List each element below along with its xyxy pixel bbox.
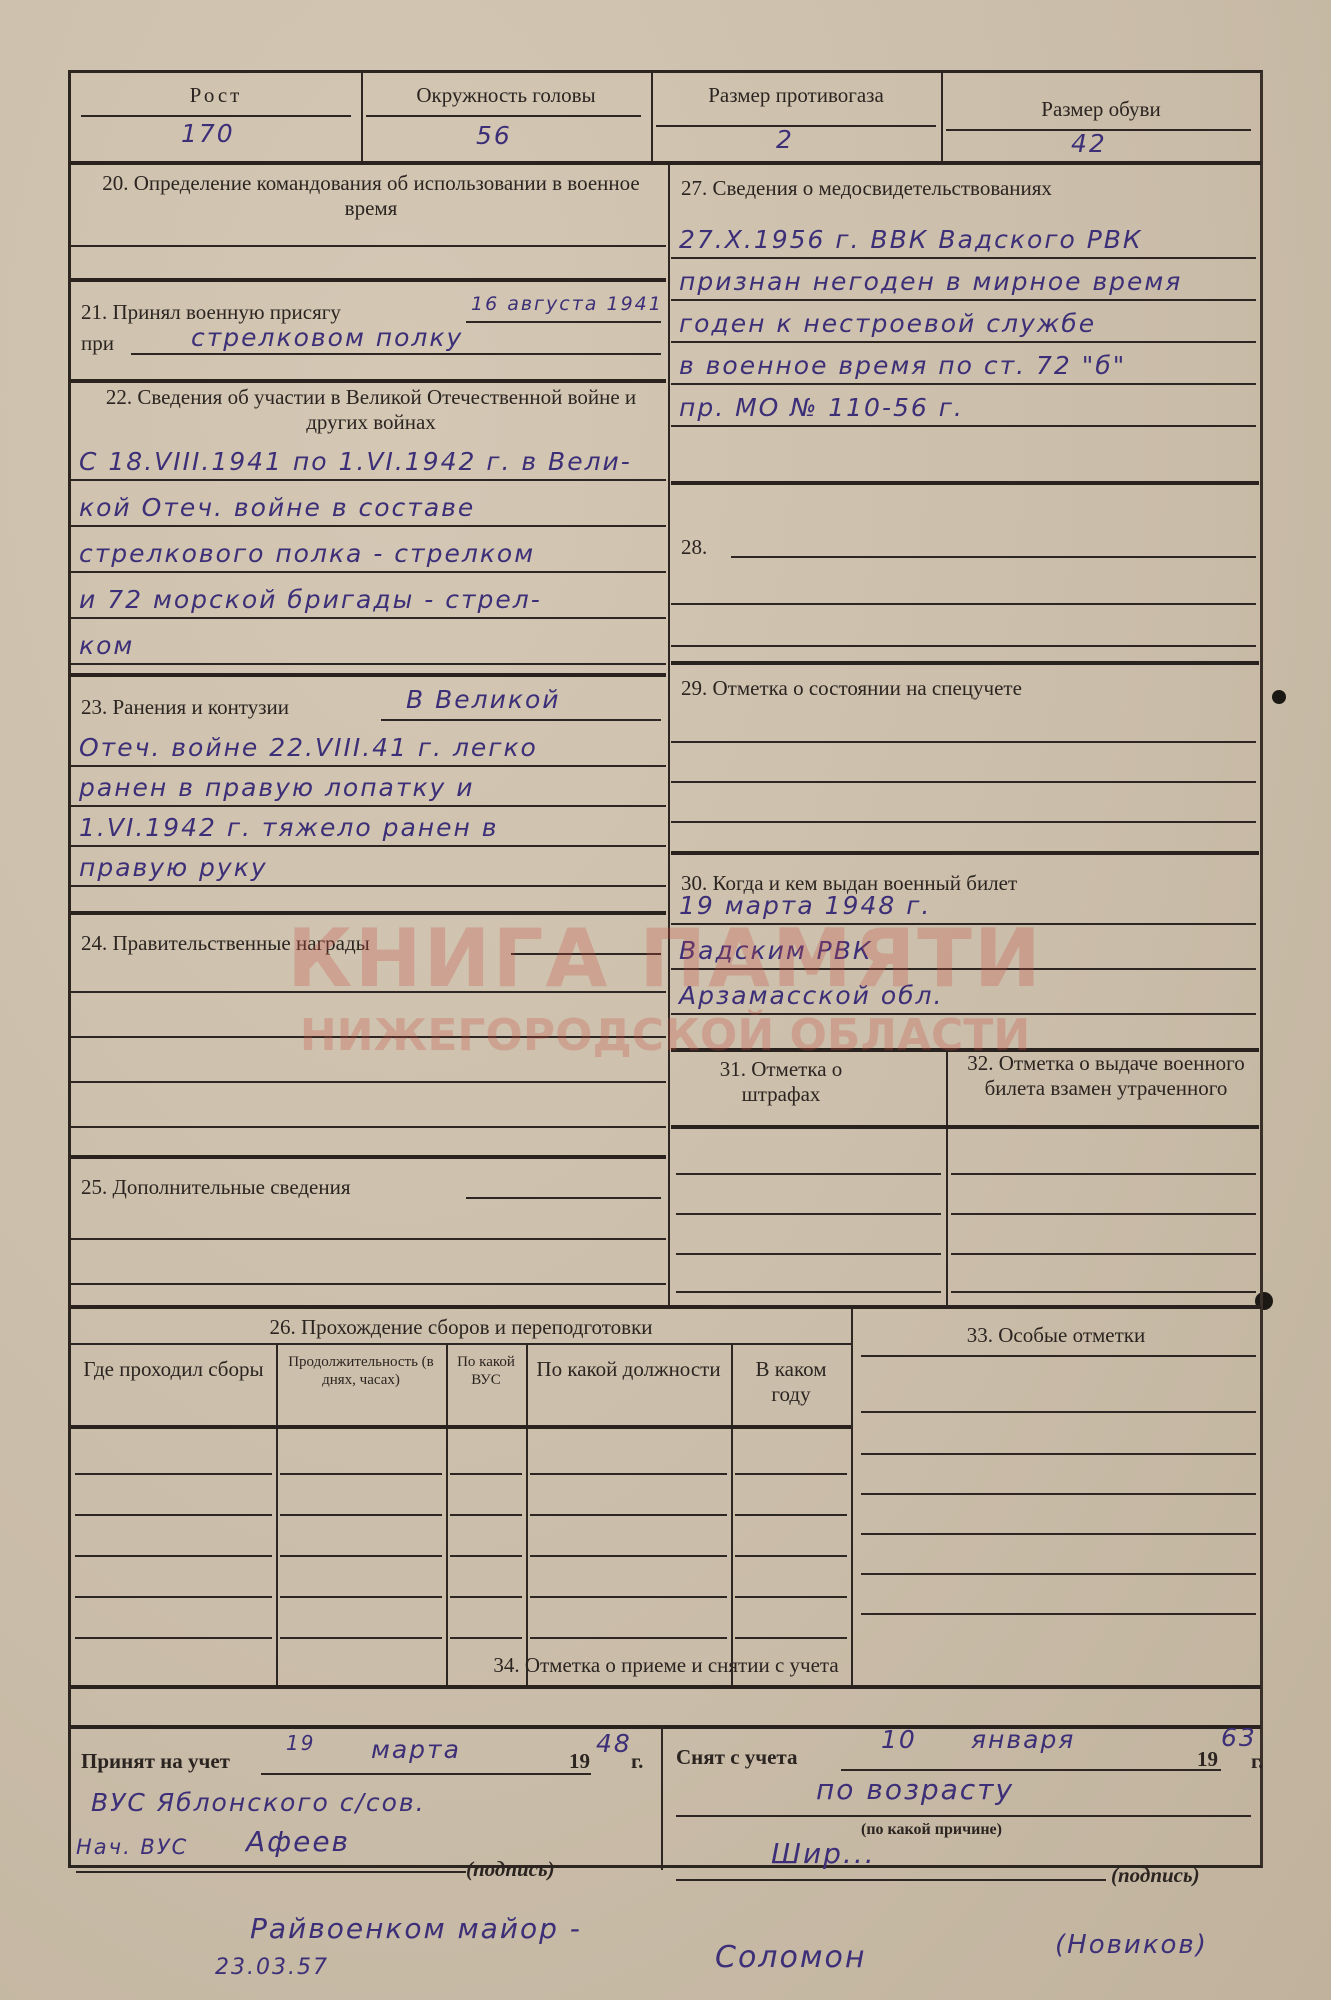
s26-col-header: Где проходил сборы	[75, 1357, 272, 1382]
s23-lines-line: правую руку	[79, 853, 268, 882]
table-row	[75, 1514, 272, 1516]
table-row	[280, 1596, 442, 1598]
removed-signature: Шир...	[771, 1837, 876, 1870]
s23-lines-line: ранен в правую лопатку и	[79, 773, 475, 802]
table-row	[75, 1596, 272, 1598]
footer-line: Райвоенком майор -	[250, 1912, 582, 1945]
removed-signature-label: (подпись)	[1111, 1863, 1200, 1888]
shoe-label: Размер обуви	[941, 97, 1261, 122]
table-row	[530, 1637, 727, 1639]
head-value: 56	[476, 121, 512, 150]
s27-lines-line: признан негоден в мирное время	[679, 267, 1182, 296]
s27-lines-line: годен к нестроевой службе	[679, 309, 1096, 338]
s22-label: 22. Сведения об участии в Великой Отечес…	[91, 385, 651, 435]
height-value: 170	[181, 119, 235, 148]
head-label: Окружность головы	[361, 83, 651, 108]
shoe-value: 42	[1071, 129, 1107, 158]
s33-label: 33. Особые отметки	[861, 1323, 1251, 1348]
s30-lines-line: Вадским РВК	[679, 936, 873, 965]
s31-label: 31. Отметка о штрафах	[691, 1057, 871, 1107]
table-row	[735, 1555, 847, 1557]
table-row	[75, 1555, 272, 1557]
s26-col-header: По какой должности	[530, 1357, 727, 1382]
s22-lines-line: С 18.VIII.1941 по 1.VI.1942 г. в Вели-	[79, 447, 632, 476]
table-row	[75, 1637, 272, 1639]
table-row	[280, 1473, 442, 1475]
table-row	[450, 1555, 522, 1557]
s26-col-header: Продолжительность (в днях, часах)	[280, 1353, 442, 1389]
footer-date: 23.03.57	[215, 1955, 329, 1980]
military-record-form: Рост Окружность головы Размер противогаз…	[68, 70, 1263, 1868]
s23-label: 23. Ранения и контузии	[81, 695, 289, 720]
table-row	[735, 1637, 847, 1639]
s21-label: 21. Принял военную присягу	[81, 300, 341, 325]
s30-lines-line: Арзамасской обл.	[679, 981, 943, 1010]
accepted-signature: Афеев	[246, 1825, 350, 1858]
s21-at-value: стрелковом полку	[191, 323, 463, 352]
gasmask-label: Размер противогаза	[651, 83, 941, 108]
s27-lines-line: в военное время по ст. 72 "б"	[679, 351, 1126, 380]
s21-date: 16 августа 1941	[471, 293, 663, 315]
removed-reason: по возрасту	[816, 1773, 1014, 1806]
s29-label: 29. Отметка о состоянии на спецучете	[681, 676, 1022, 701]
table-row	[530, 1596, 727, 1598]
s21-at-label: при	[81, 331, 114, 356]
s25-label: 25. Дополнительные сведения	[81, 1175, 351, 1200]
accepted-year: 48	[596, 1729, 632, 1758]
table-row	[530, 1555, 727, 1557]
table-row	[735, 1514, 847, 1516]
s32-label: 32. Отметка о выдаче военного билета вза…	[956, 1051, 1256, 1101]
removed-label: Снят с учета	[676, 1745, 798, 1770]
punch-hole	[1272, 690, 1286, 704]
gasmask-value: 2	[776, 125, 794, 154]
accepted-month: марта	[371, 1735, 461, 1764]
table-row	[280, 1514, 442, 1516]
s22-lines-line: стрелкового полка - стрелком	[79, 539, 535, 568]
table-row	[735, 1596, 847, 1598]
reason-label: (по какой причине)	[861, 1821, 1002, 1839]
table-row	[75, 1473, 272, 1475]
removed-year-prefix: 19	[1197, 1747, 1218, 1772]
table-row	[280, 1555, 442, 1557]
accepted-year-suffix: г.	[631, 1749, 643, 1774]
table-row	[735, 1473, 847, 1475]
s26-col-header: По какой ВУС	[450, 1353, 522, 1389]
footer-name: (Новиков)	[1055, 1930, 1208, 1960]
s23-lines-line: 1.VI.1942 г. тяжело ранен в	[79, 813, 499, 842]
s22-lines-line: ком	[79, 631, 134, 660]
table-row	[530, 1473, 727, 1475]
table-row	[450, 1596, 522, 1598]
height-label: Рост	[71, 83, 361, 108]
accepted-label: Принят на учет	[81, 1749, 230, 1774]
s24-label: 24. Правительственные награды	[81, 931, 370, 956]
accepted-year-prefix: 19	[569, 1749, 590, 1774]
s20-label: 20. Определение командования об использо…	[81, 171, 661, 221]
s22-lines-line: кой Отеч. войне в составе	[79, 493, 475, 522]
s22-lines-line: и 72 морской бригады - стрел-	[79, 585, 542, 614]
accepted-signature-label: (подпись)	[466, 1857, 555, 1882]
table-row	[450, 1473, 522, 1475]
s27-lines-line: 27.X.1956 г. ВВК Вадского РВК	[679, 225, 1143, 254]
s26-col-header: В каком году	[735, 1357, 847, 1407]
s23-lines-line: Отеч. войне 22.VIII.41 г. легко	[79, 733, 538, 762]
s30-lines-line: 19 марта 1948 г.	[679, 891, 931, 920]
removed-year-suffix: г.	[1251, 1749, 1263, 1774]
removed-year: 63	[1221, 1723, 1257, 1752]
s27-lines-line: пр. МО № 110-56 г.	[679, 393, 964, 422]
table-row	[280, 1637, 442, 1639]
s26-label: 26. Прохождение сборов и переподготовки	[71, 1315, 851, 1340]
footer-signature: Соломон	[715, 1940, 866, 1975]
table-row	[450, 1514, 522, 1516]
accepted-day: 19	[286, 1731, 315, 1755]
table-row	[530, 1514, 727, 1516]
removed-day: 10	[881, 1725, 917, 1754]
s34-label: 34. Отметка о приеме и снятии с учета	[71, 1653, 1261, 1678]
s28-label: 28.	[681, 535, 707, 560]
s23-first: В Великой	[406, 685, 561, 714]
removed-month: января	[971, 1725, 1075, 1754]
table-row	[450, 1637, 522, 1639]
s27-label: 27. Сведения о медосвидетельствованиях	[681, 176, 1052, 201]
accepted-sign-prefix: Нач. ВУС	[76, 1835, 188, 1859]
accepted-by: ВУС Яблонского с/сов.	[91, 1788, 426, 1817]
